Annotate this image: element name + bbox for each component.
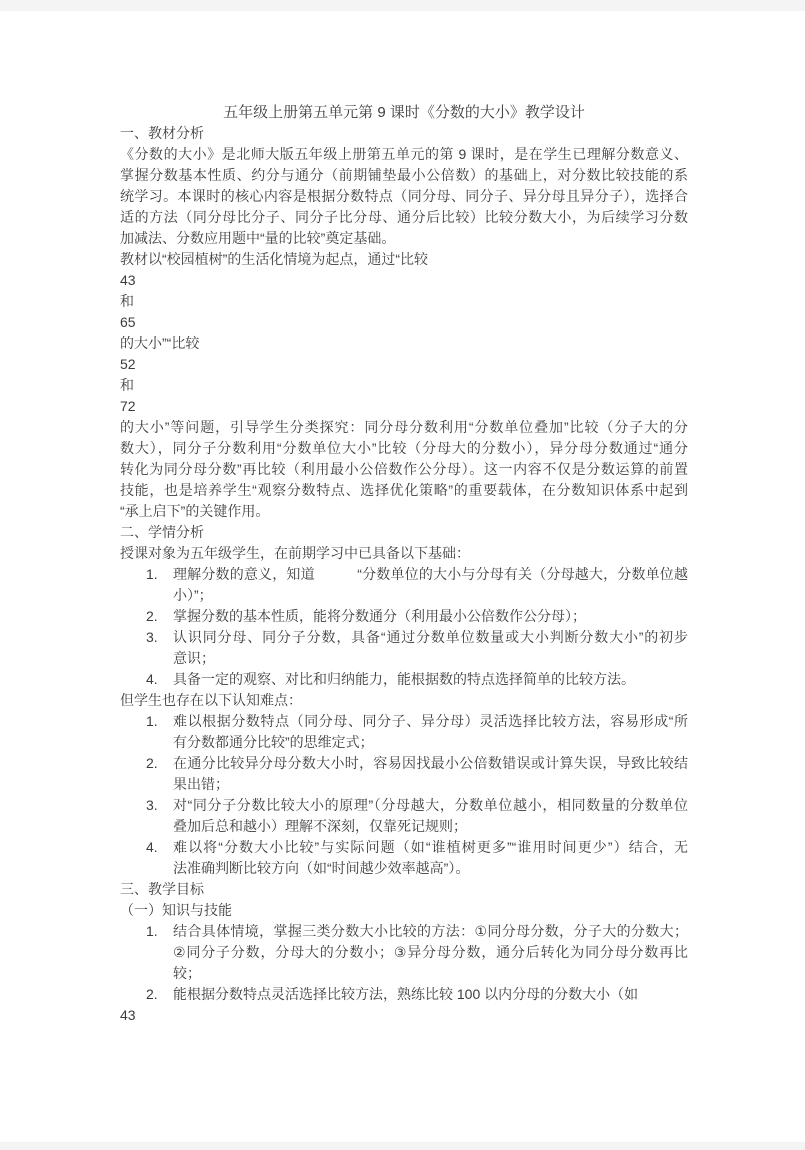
list-item-continuation: 有分数都通分比较”的思维定式； bbox=[120, 732, 688, 753]
list-item-text: 对“同分子分数比较大小的原理”（分母越大，分数单位越小，相同数量的分数单位 bbox=[173, 797, 688, 813]
list-item-text: 理解分数的意义，知道 “分数单位的大小与分母有关（分母越大，分数单位越 bbox=[173, 566, 688, 582]
paragraph-line: 的大小”“比较 bbox=[120, 333, 688, 354]
fraction-number-line: 43 bbox=[120, 270, 688, 291]
list-item-continuation: 果出错； bbox=[120, 774, 688, 795]
section-heading-material-analysis: 一、教材分析 bbox=[120, 123, 688, 144]
list-item-number: 2. bbox=[146, 753, 158, 774]
list-item-line: 2. 掌握分数的基本性质，能将分数通分（利用最小公倍数作公分母）； bbox=[120, 606, 688, 627]
list-item-continuation: ②同分子分数，分母大的分数小；③异分母分数，通分后转化为同分母分数再比 bbox=[120, 942, 688, 963]
list-item-continuation: 法准确判断比较方向（如“时间越少效率越高”）。 bbox=[120, 858, 688, 879]
list-item-number: 4. bbox=[146, 669, 158, 690]
section-heading-learner-analysis: 二、学情分析 bbox=[120, 522, 688, 543]
list-item-line: 2. 能根据分数特点灵活选择比较方法，熟练比较 100 以内分母的分数大小（如 bbox=[120, 984, 688, 1005]
list-item-line: 2. 在通分比较异分母分数大小时，容易因找最小公倍数错误或计算失误，导致比较结 bbox=[120, 753, 688, 774]
list-item-continuation: 意识； bbox=[120, 648, 688, 669]
document-content: 五年级上册第五单元第 9 课时《分数的大小》教学设计 一、教材分析 《分数的大小… bbox=[120, 102, 688, 1026]
paragraph-line: 和 bbox=[120, 291, 688, 312]
list-item-number: 3. bbox=[146, 795, 158, 816]
list-item-number: 1. bbox=[146, 564, 158, 585]
list-item-continuation: 较； bbox=[120, 963, 688, 984]
list-item-line: 1. 难以根据分数特点（同分母、同分子、异分母）灵活选择比较方法，容易形成“所 bbox=[120, 711, 688, 732]
fraction-number-line: 52 bbox=[120, 354, 688, 375]
list-item-text: 结合具体情境，掌握三类分数大小比较的方法：①同分母分数，分子大的分数大； bbox=[173, 923, 688, 939]
paragraph-line: 《分数的大小》是北师大版五年级上册第五单元的第 9 课时，是在学生已理解分数意义… bbox=[120, 144, 688, 165]
paragraph-line: 数大），同分子分数利用“分数单位大小”比较（分母大的分数小），异分母分数通过“通… bbox=[120, 438, 688, 459]
paragraph-line: 授课对象为五年级学生，在前期学习中已具备以下基础： bbox=[120, 543, 688, 564]
document-title: 五年级上册第五单元第 9 课时《分数的大小》教学设计 bbox=[120, 102, 688, 123]
paragraph-line: “承上启下”的关键作用。 bbox=[120, 501, 688, 522]
list-item-number: 3. bbox=[146, 627, 158, 648]
paragraph-line: 教材以“校园植树”的生活化情境为起点，通过“比较 bbox=[120, 249, 688, 270]
list-item-text: 在通分比较异分母分数大小时，容易因找最小公倍数错误或计算失误，导致比较结 bbox=[173, 755, 688, 771]
fraction-number-line: 43 bbox=[120, 1005, 688, 1026]
paragraph-line: 适的方法（同分母比分子、同分子比分母、通分后比较）比较分数大小，为后续学习分数 bbox=[120, 207, 688, 228]
list-item-number: 2. bbox=[146, 606, 158, 627]
list-item-continuation: 小）”； bbox=[120, 585, 688, 606]
list-item-line: 1. 结合具体情境，掌握三类分数大小比较的方法：①同分母分数，分子大的分数大； bbox=[120, 921, 688, 942]
paragraph-line: 转化为同分母分数”再比较（利用最小公倍数作公分母）。这一内容不仅是分数运算的前置 bbox=[120, 459, 688, 480]
viewer-background-bottom bbox=[0, 1142, 805, 1150]
list-item-text: 具备一定的观察、对比和归纳能力，能根据数的特点选择简单的比较方法。 bbox=[173, 671, 635, 687]
paragraph-line: 和 bbox=[120, 375, 688, 396]
viewer-background-top bbox=[0, 0, 805, 11]
list-item-text: 掌握分数的基本性质，能将分数通分（利用最小公倍数作公分母）； bbox=[173, 608, 586, 624]
paragraph-line: 技能，也是培养学生“观察分数特点、选择优化策略”的重要载体，在分数知识体系中起到 bbox=[120, 480, 688, 501]
list-item-line: 4. 具备一定的观察、对比和归纳能力，能根据数的特点选择简单的比较方法。 bbox=[120, 669, 688, 690]
paragraph-line: 统学习。本课时的核心内容是根据分数特点（同分母、同分子、异分母且异分子），选择合 bbox=[120, 186, 688, 207]
list-item-number: 4. bbox=[146, 837, 158, 858]
list-item-line: 3. 对“同分子分数比较大小的原理”（分母越大，分数单位越小，相同数量的分数单位 bbox=[120, 795, 688, 816]
document-page: 五年级上册第五单元第 9 课时《分数的大小》教学设计 一、教材分析 《分数的大小… bbox=[0, 11, 805, 1142]
fraction-number-line: 65 bbox=[120, 312, 688, 333]
list-item-number: 1. bbox=[146, 921, 158, 942]
subsection-heading-knowledge-skills: （一）知识与技能 bbox=[120, 900, 688, 921]
list-item-line: 1. 理解分数的意义，知道 “分数单位的大小与分母有关（分母越大，分数单位越 bbox=[120, 564, 688, 585]
section-heading-teaching-goals: 三、教学目标 bbox=[120, 879, 688, 900]
list-item-number: 1. bbox=[146, 711, 158, 732]
list-item-text: 难以将“分数大小比较”与实际问题（如“谁植树更多”“谁用时间更少”）结合，无 bbox=[173, 839, 688, 855]
list-item-continuation: 叠加后总和越小）理解不深刻，仅靠死记规则； bbox=[120, 816, 688, 837]
fraction-number-line: 72 bbox=[120, 396, 688, 417]
list-item-line: 4. 难以将“分数大小比较”与实际问题（如“谁植树更多”“谁用时间更少”）结合，… bbox=[120, 837, 688, 858]
paragraph-line: 掌握分数基本性质、约分与通分（前期铺垫最小公倍数）的基础上，对分数比较技能的系 bbox=[120, 165, 688, 186]
list-item-line: 3. 认识同分母、同分子分数，具备“通过分数单位数量或大小判断分数大小”的初步 bbox=[120, 627, 688, 648]
paragraph-line: 但学生也存在以下认知难点： bbox=[120, 690, 688, 711]
paragraph-line: 的大小”等问题，引导学生分类探究：同分母分数利用“分数单位叠加”比较（分子大的分 bbox=[120, 417, 688, 438]
list-item-text: 认识同分母、同分子分数，具备“通过分数单位数量或大小判断分数大小”的初步 bbox=[173, 629, 688, 645]
list-item-text: 能根据分数特点灵活选择比较方法，熟练比较 100 以内分母的分数大小（如 bbox=[173, 986, 638, 1002]
paragraph-line: 加减法、分数应用题中“量的比较”奠定基础。 bbox=[120, 228, 688, 249]
list-item-text: 难以根据分数特点（同分母、同分子、异分母）灵活选择比较方法，容易形成“所 bbox=[173, 713, 688, 729]
list-item-number: 2. bbox=[146, 984, 158, 1005]
